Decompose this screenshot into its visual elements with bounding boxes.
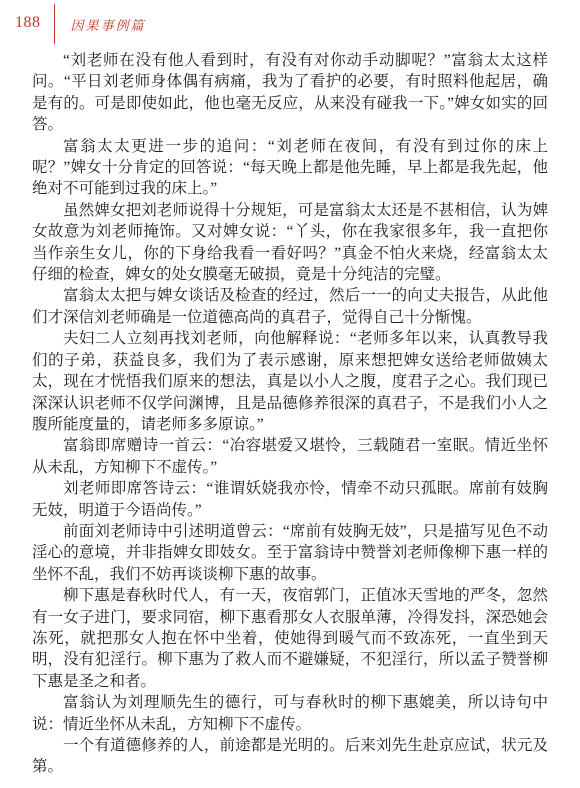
paragraph: 刘老师即席答诗云：“谁谓妖娆我亦怜，情牵不动只孤眠。席前有妓胸无妓，明道于今语尚… xyxy=(32,478,548,521)
header-divider xyxy=(54,4,55,44)
paragraph: 虽然婢女把刘老师说得十分规矩，可是富翁太太还是不甚相信，认为婢女故意为刘老师掩饰… xyxy=(32,200,548,286)
page-header: 188 因果事例篇 xyxy=(0,0,580,38)
page-number: 188 xyxy=(15,15,41,31)
paragraph: 柳下惠是春秋时代人，有一天，夜宿郭门，正值冰天雪地的严冬，忽然有一女子进门，要求… xyxy=(32,585,548,692)
body-text: “刘老师在没有他人看到时，有没有对你动手动脚呢？”富翁太太这样问。“平日刘老师身… xyxy=(0,38,580,778)
paragraph: 前面刘老师诗中引述明道曾云：“席前有妓胸无妓”，只是描写见色不动淫心的意境，并非… xyxy=(32,521,548,585)
chapter-title: 因果事例篇 xyxy=(71,13,146,34)
paragraph: “刘老师在没有他人看到时，有没有对你动手动脚呢？”富翁太太这样问。“平日刘老师身… xyxy=(32,50,548,136)
paragraph: 夫妇二人立刻再找刘老师，向他解释说：“老师多年以来，认真教导我们的子弟，获益良多… xyxy=(32,328,548,435)
paragraph: 富翁太太把与婢女谈话及检查的经过，然后一一的向丈夫报告，从此他们才深信刘老师确是… xyxy=(32,285,548,328)
paragraph: 富翁即席赠诗一首云：“冶容堪爱又堪怜，三载随君一室眠。情近坐怀从未乱，方知柳下不… xyxy=(32,435,548,478)
paragraph: 富翁认为刘理顺先生的德行，可与春秋时的柳下惠媲美，所以诗句中说：情近坐怀从未乱，… xyxy=(32,692,548,735)
paragraph: 一个有道德修养的人，前途都是光明的。后来刘先生赴京应试，状元及第。 xyxy=(32,735,548,778)
paragraph: 富翁太太更进一步的追问：“刘老师在夜间，有没有到过你的床上呢？”婢女十分肯定的回… xyxy=(32,136,548,200)
book-page: 188 因果事例篇 “刘老师在没有他人看到时，有没有对你动手动脚呢？”富翁太太这… xyxy=(0,0,580,788)
